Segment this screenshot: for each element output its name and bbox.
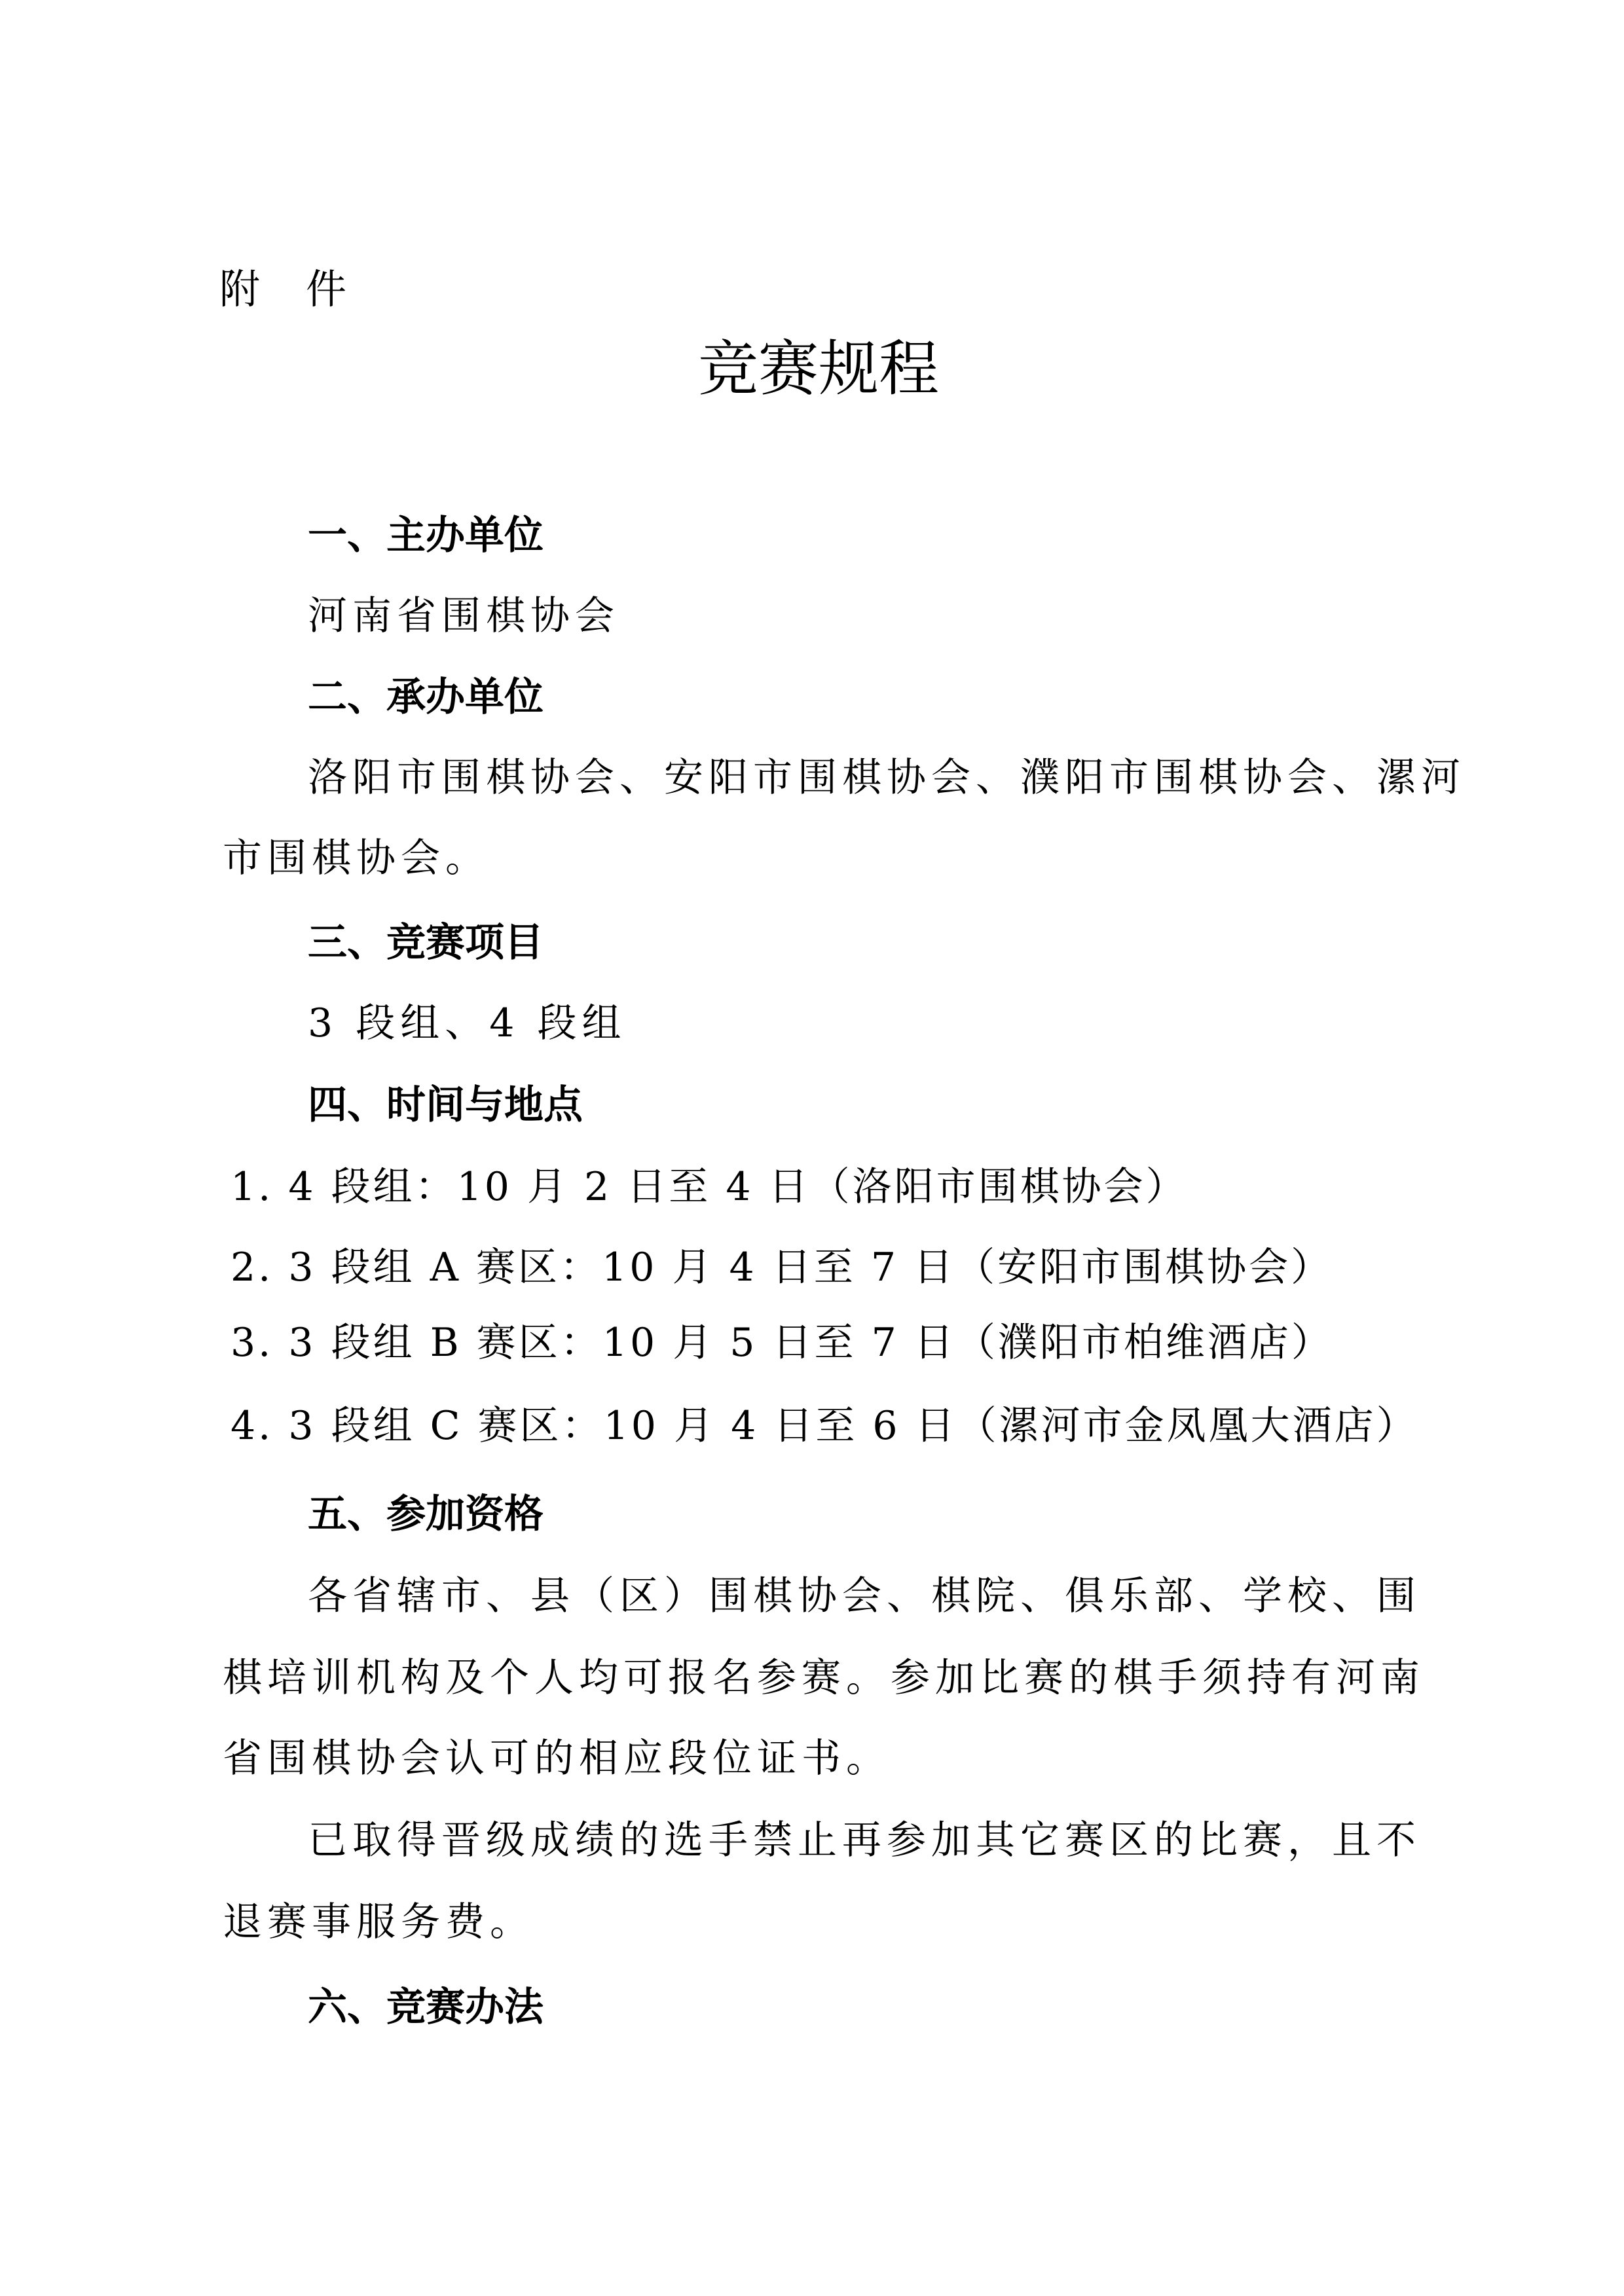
schedule-item: 3. 3 段组 B 赛区：10 月 5 日至 7 日（濮阳市柏维酒店） (231, 1311, 1333, 1368)
eligibility-text-line: 省围棋协会认可的相应段位证书。 (223, 1727, 891, 1783)
attachment-label: 附件 (219, 257, 346, 315)
schedule-item: 1. 4 段组：10 月 2 日至 4 日（洛阳市围棋协会） (231, 1156, 1188, 1212)
section-heading-competition-method: 六、竞赛办法 (308, 1976, 544, 2032)
section-heading-co-organizer: 二、承办单位 (308, 666, 544, 722)
attachment-label-char: 件 (306, 265, 346, 313)
section-heading-eligibility: 五、参加资格 (308, 1483, 544, 1539)
eligibility-text-line: 退赛事服务费。 (223, 1891, 534, 1947)
attachment-label-char: 附 (219, 265, 260, 313)
section-heading-organizer: 一、主办单位 (308, 504, 544, 560)
page-title: 竞赛规程 (0, 321, 1624, 407)
schedule-item: 4. 3 段组 C 赛区：10 月 4 日至 6 日（漯河市金凤凰大酒店） (231, 1394, 1418, 1451)
section-heading-events: 三、竞赛项目 (308, 911, 544, 968)
eligibility-text-line: 已取得晋级成绩的选手禁止再参加其它赛区的比赛，且不 (308, 1809, 1414, 1865)
organizer-text: 河南省围棋协会 (308, 585, 619, 641)
eligibility-text-line: 各省辖市、县（区）围棋协会、棋院、俱乐部、学校、围 (308, 1565, 1414, 1621)
schedule-item: 2. 3 段组 A 赛区：10 月 4 日至 7 日（安阳市围棋协会） (231, 1236, 1333, 1292)
co-organizer-text-line-1: 洛阳市围棋协会、安阳市围棋协会、濮阳市围棋协会、漯河 (308, 746, 1414, 803)
section-heading-time-venue: 四、时间与地点 (308, 1074, 583, 1130)
co-organizer-text-line-2: 市围棋协会。 (223, 827, 490, 883)
events-text: 3 段组、4 段组 (308, 992, 627, 1048)
eligibility-text-line: 棋培训机构及个人均可报名参赛。参加比赛的棋手须持有河南 (223, 1647, 1414, 1703)
